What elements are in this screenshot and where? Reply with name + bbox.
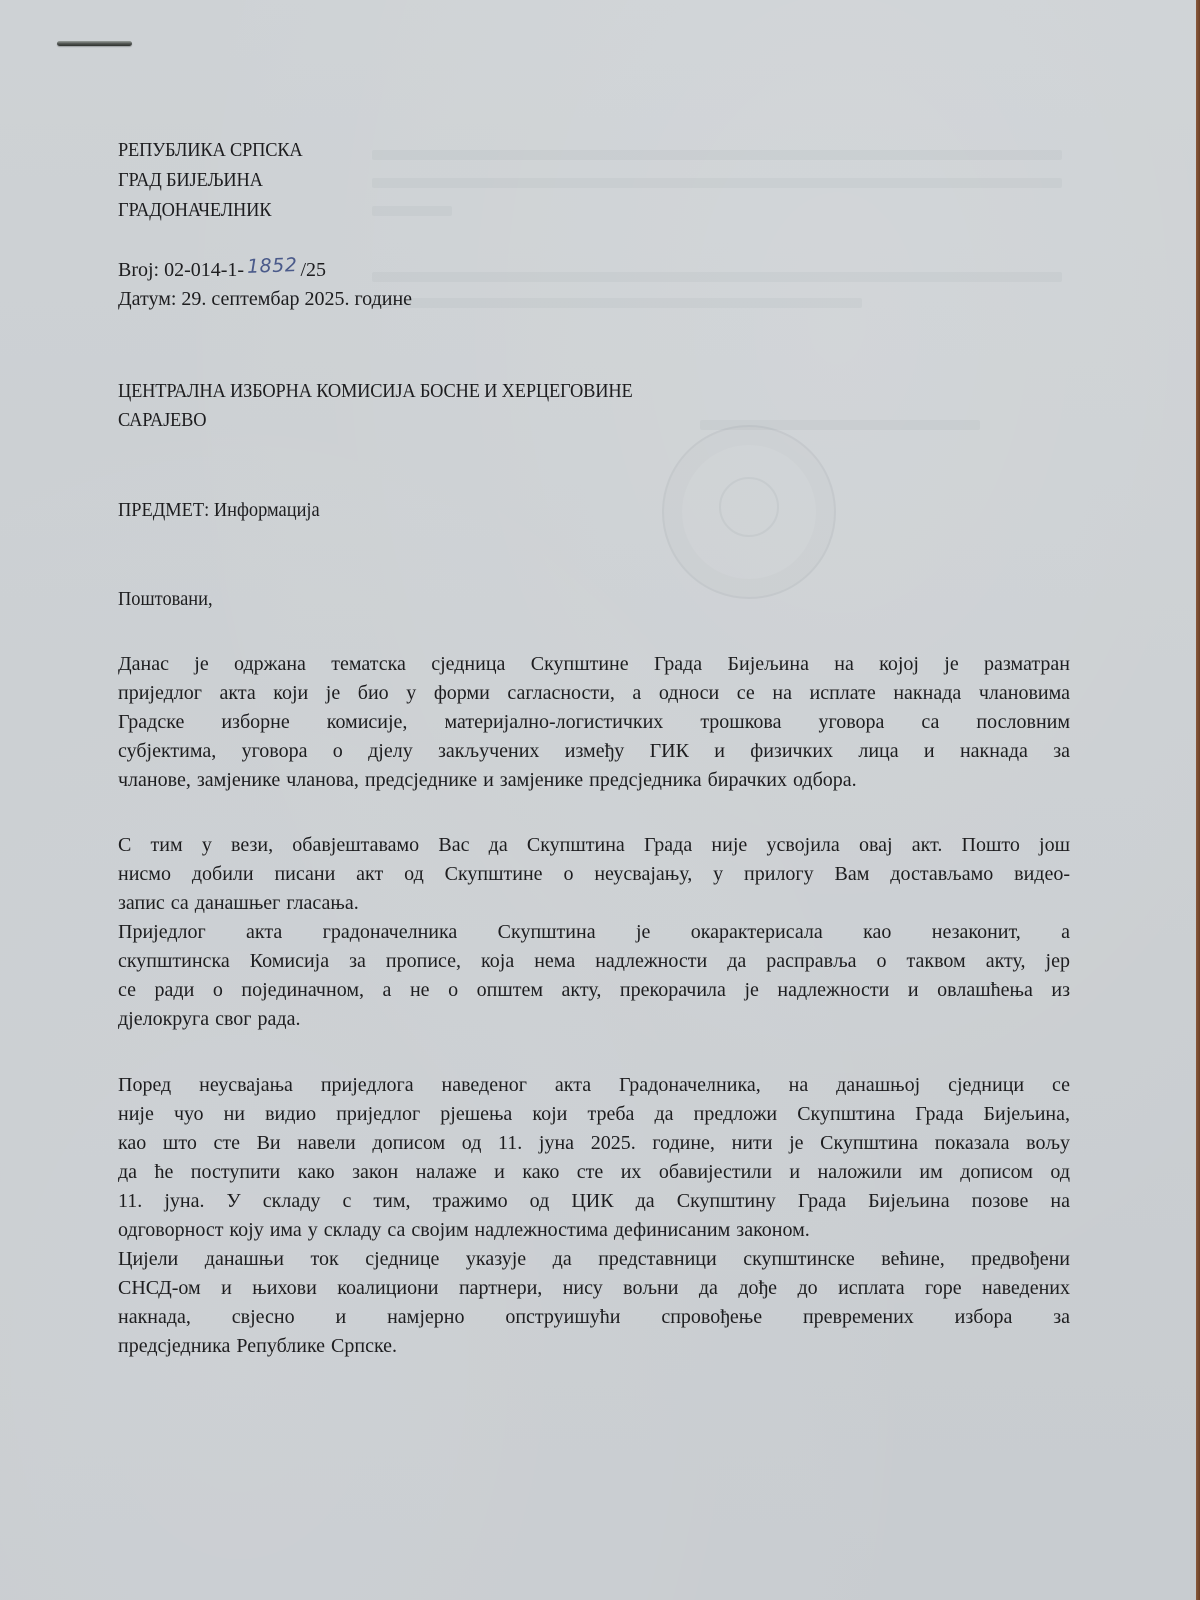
recipient-name: ЦЕНТРАЛНА ИЗБОРНА КОМИСИЈА БОСНЕ И ХЕРЦЕ… <box>118 377 994 406</box>
paragraph-line: да ће поступити како закон налаже и како… <box>118 1158 1070 1187</box>
reference-number: Broj: 02-014-1-1852/25 <box>118 256 1070 285</box>
subject-block: ПРЕДМЕТ: Информација <box>118 496 994 525</box>
recipient-city: САРАЈЕВО <box>118 406 994 435</box>
subject-line: ПРЕДМЕТ: Информација <box>118 496 994 525</box>
table-edge <box>1196 0 1200 1600</box>
paragraph-line: као што сте Ви навели дописом од 11. јун… <box>118 1129 1070 1158</box>
staple-icon <box>57 41 132 46</box>
paragraph-line: није чуо ни видио приједлог рјешења који… <box>118 1100 1070 1129</box>
paragraph-line: Цијели данашњи ток сједнице указује да п… <box>118 1245 1070 1274</box>
paragraph-line: С тим у вези, обавјештавамо Вас да Скупш… <box>118 831 1070 860</box>
paragraph-line: Градске изборне комисије, материјално-ло… <box>118 708 1070 737</box>
paragraph-line: запис са данашњег гласања. <box>118 889 1070 918</box>
salutation: Поштовани, <box>118 585 994 614</box>
body-paragraph-5: Цијели данашњи ток сједнице указује да п… <box>118 1245 1070 1361</box>
salutation-block: Поштовани, <box>118 585 994 614</box>
paragraph-line: одговорност коју има у складу са својим … <box>118 1216 1070 1245</box>
paragraph-line: чланове, замјенике чланова, предсједнике… <box>118 766 1070 795</box>
body-paragraph-1: Данас је одржана тематска сједница Скупш… <box>118 650 1070 795</box>
reference-number-handwritten: 1852 <box>244 251 301 282</box>
paragraph-line: субјектима, уговора о дјелу закључених и… <box>118 737 1070 766</box>
paragraph-line: се ради о појединачном, а не о општем ак… <box>118 976 1070 1005</box>
header-line-mayor: ГРАДОНАЧЕЛНИК <box>118 196 994 225</box>
paragraph-line: 11. јуна. У складу с тим, тражимо од ЦИК… <box>118 1187 1070 1216</box>
paragraph-line: нисмо добили писани акт од Скупштине о н… <box>118 860 1070 889</box>
issuer-header: РЕПУБЛИКА СРПСКА ГРАД БИЈЕЉИНА ГРАДОНАЧЕ… <box>118 136 994 225</box>
header-line-republic: РЕПУБЛИКА СРПСКА <box>118 136 994 165</box>
body-paragraph-3: Приједлог акта градоначелника Скупштина … <box>118 918 1070 1034</box>
paragraph-line: накнада, свјесно и намјерно опструишући … <box>118 1303 1070 1332</box>
body-paragraph-2: С тим у вези, обавјештавамо Вас да Скупш… <box>118 831 1070 918</box>
reference-number-suffix: /25 <box>300 259 326 281</box>
header-line-city: ГРАД БИЈЕЉИНА <box>118 166 994 195</box>
body-paragraph-4: Поред неусвајања приједлога наведеног ак… <box>118 1071 1070 1245</box>
reference-date: Датум: 29. септембар 2025. године <box>118 285 1070 314</box>
paragraph-line: Поред неусвајања приједлога наведеног ак… <box>118 1071 1070 1100</box>
paragraph-line: Приједлог акта градоначелника Скупштина … <box>118 918 1070 947</box>
paragraph-line: дјелокруга свог рада. <box>118 1005 1070 1034</box>
paragraph-line: скупштинска Комисија за прописе, која не… <box>118 947 1070 976</box>
paragraph-line: приједлог акта који је био у форми сагла… <box>118 679 1070 708</box>
paragraph-line: предсједника Републике Српске. <box>118 1332 1070 1361</box>
reference-block: Broj: 02-014-1-1852/25 Датум: 29. септем… <box>118 256 1070 314</box>
recipient-block: ЦЕНТРАЛНА ИЗБОРНА КОМИСИЈА БОСНЕ И ХЕРЦЕ… <box>118 377 994 435</box>
reference-number-prefix: Broj: 02-014-1- <box>118 259 244 281</box>
paragraph-line: СНСД-ом и њихови коалициони партнери, ни… <box>118 1274 1070 1303</box>
paragraph-line: Данас је одржана тематска сједница Скупш… <box>118 650 1070 679</box>
